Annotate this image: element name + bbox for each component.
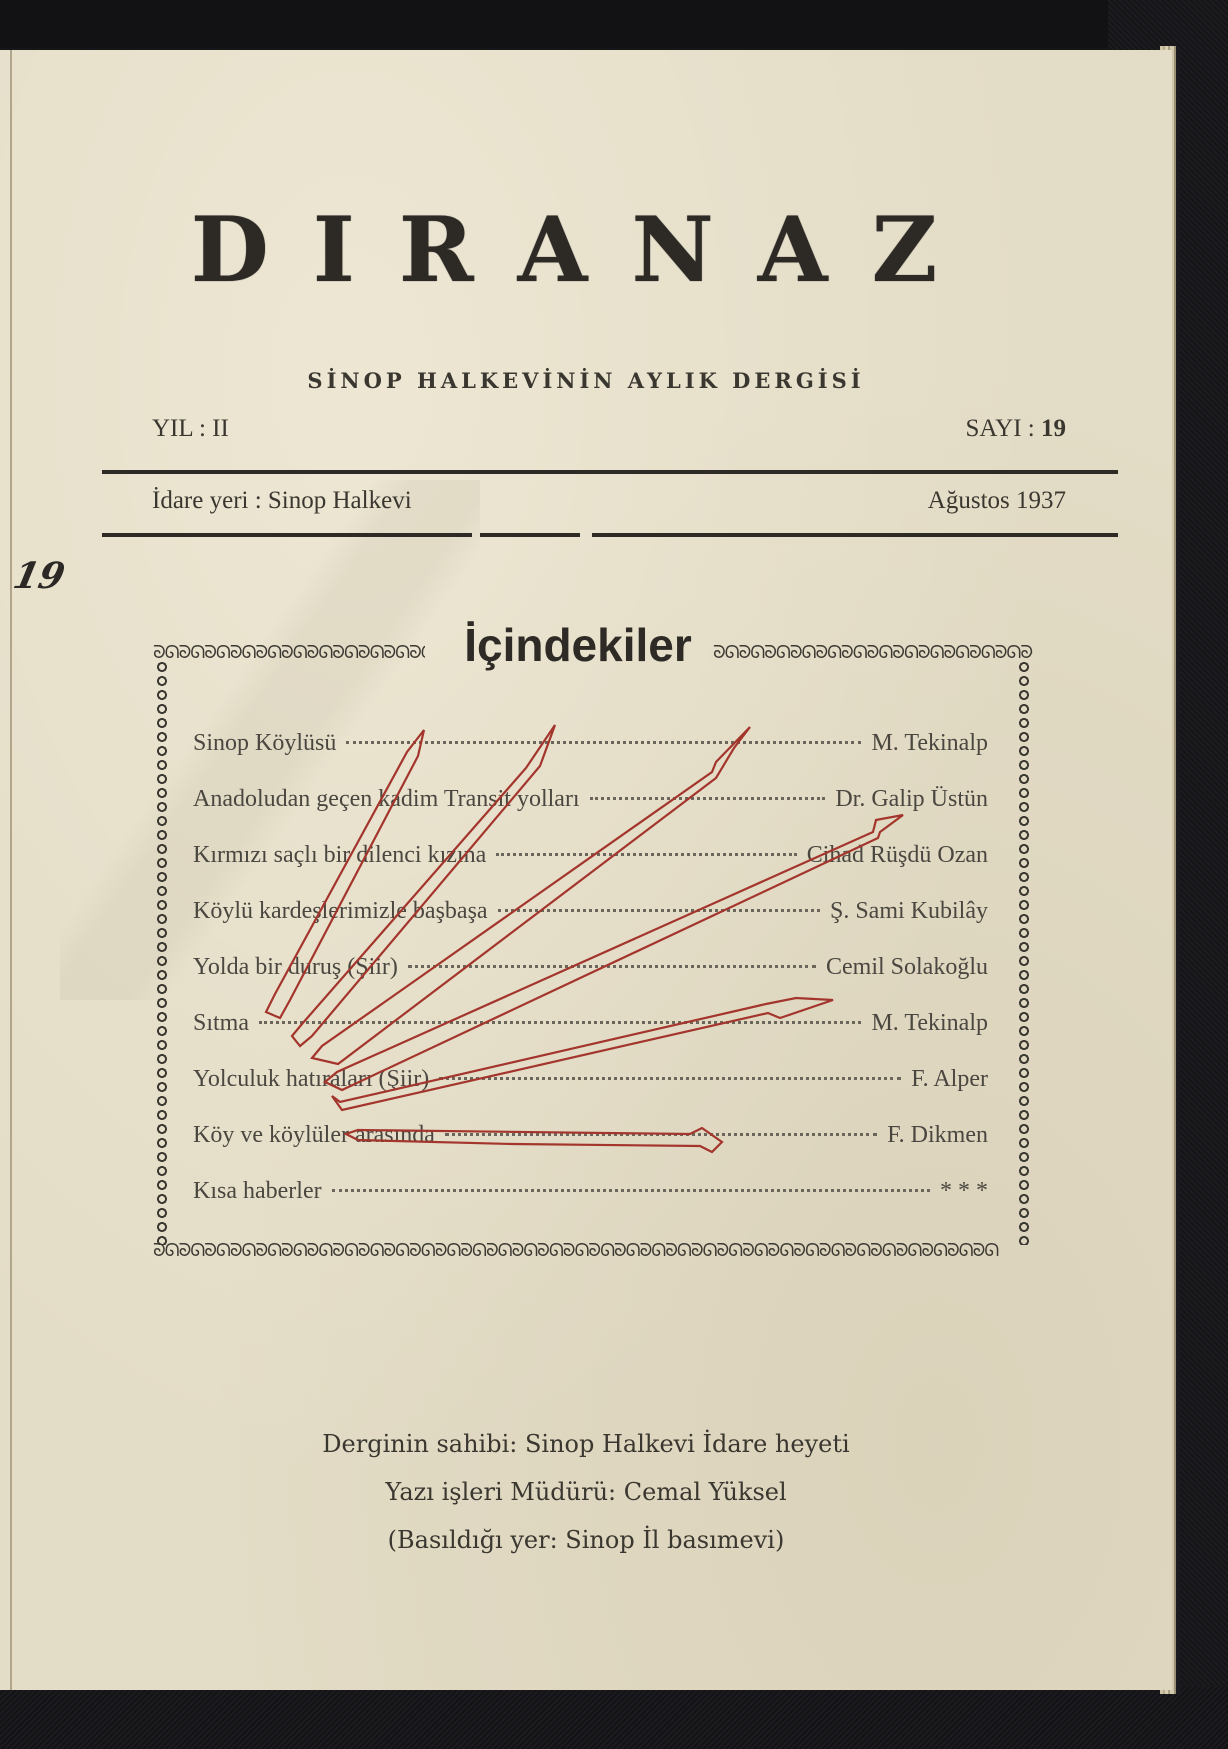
toc-entry-title: Anadoludan geçen kadim Transit yolları [193, 786, 580, 813]
toc-entry-title: Sıtma [193, 1010, 249, 1037]
toc-entry: Köy ve köylüler arasındaF. Dikmen [193, 1122, 988, 1178]
dot-leader [445, 1133, 877, 1136]
issue-number: 19 [1041, 415, 1066, 442]
toc-entry-author: * * * [940, 1178, 988, 1205]
toc-heading: İçindekiler [453, 618, 703, 672]
toc-entry: Yolculuk hatıraları (Şiir)F. Alper [193, 1066, 988, 1122]
issue-label: SAYI : 19 [966, 415, 1067, 443]
ornament-border-bottom: ᘐᘏᘐᘏᘐᘏᘐᘏᘐᘏᘐᘏᘐᘏᘐᘏᘐᘏᘐᘏᘐᘏᘐᘏᘐᘏᘐᘏᘐᘏᘐᘏᘐᘏᘐᘏᘐᘏᘐᘏ… [153, 1242, 1033, 1260]
dot-leader [590, 797, 826, 800]
ornament-border-left [153, 660, 171, 1245]
office-label: İdare yeri : Sinop Halkevi [152, 487, 412, 515]
toc-entry: Kısa haberler* * * [193, 1178, 988, 1234]
bottom-rule-right [592, 533, 1118, 537]
colophon-owner: Derginin sahibi: Sinop Halkevi İdare hey… [0, 1430, 1172, 1458]
dot-leader [332, 1189, 930, 1192]
toc-entry-author: M. Tekinalp [871, 730, 988, 757]
book-binding-top [0, 0, 1228, 48]
toc-entry-title: Yolda bir duruş (Şiir) [193, 954, 398, 981]
toc-entry-author: M. Tekinalp [871, 1010, 988, 1037]
dot-leader [346, 741, 861, 744]
dot-leader [498, 909, 820, 912]
ornament-border-top-left: ᘐᘏᘐᘏᘐᘏᘐᘏᘐᘏᘐᘏᘐᘏᘐᘏᘐᘏᘐᘏᘐᘏᘐᘏᘐᘏᘐᘏᘐᘏᘐᘏᘐᘏᘐᘏᘐᘏᘐᘏ… [153, 644, 425, 662]
toc-entry: Sinop KöylüsüM. Tekinalp [193, 730, 988, 786]
toc-entry-author: Ş. Sami Kubilây [830, 898, 988, 925]
toc-entry: SıtmaM. Tekinalp [193, 1010, 988, 1066]
toc-entry-title: Kırmızı saçlı bir dilenci kızına [193, 842, 486, 869]
dot-leader [408, 965, 816, 968]
office-row: İdare yeri : Sinop Halkevi Ağustos 1937 [152, 487, 1066, 515]
toc-entry-author: F. Dikmen [887, 1122, 988, 1149]
magazine-cover-page: 19 DIRANAZ SİNOP HALKEVİNİN AYLIK DERGİS… [0, 50, 1172, 1690]
book-binding-bottom [0, 1687, 1228, 1749]
toc-entry: Kırmızı saçlı bir dilenci kızınaCihad Rü… [193, 842, 988, 898]
magazine-subtitle: SİNOP HALKEVİNİN AYLIK DERGİSİ [0, 368, 1172, 393]
year-label: YIL : II [152, 415, 229, 443]
issue-date: Ağustos 1937 [928, 487, 1066, 515]
bottom-rule-mid [480, 533, 580, 537]
bottom-rule-left [102, 533, 472, 537]
colophon-editor: Yazı işleri Müdürü: Cemal Yüksel [0, 1478, 1172, 1506]
dot-leader [439, 1077, 901, 1080]
toc-entry: Yolda bir duruş (Şiir)Cemil Solakoğlu [193, 954, 988, 1010]
dot-leader [496, 853, 796, 856]
toc-entry-title: Sinop Köylüsü [193, 730, 336, 757]
ornament-border-right [1015, 660, 1033, 1245]
table-of-contents: ᘐᘏᘐᘏᘐᘏᘐᘏᘐᘏᘐᘏᘐᘏᘐᘏᘐᘏᘐᘏᘐᘏᘐᘏᘐᘏᘐᘏᘐᘏᘐᘏᘐᘏᘐᘏᘐᘏᘐᘏ… [153, 630, 1033, 1260]
toc-entry-author: Cihad Rüşdü Ozan [807, 842, 988, 869]
colophon-printer: (Basıldığı yer: Sinop İl basımevi) [0, 1526, 1172, 1554]
top-rule [102, 470, 1118, 474]
handwritten-issue-number: 19 [10, 555, 69, 597]
toc-entry-title: Köylü kardeşlerimizle başbaşa [193, 898, 488, 925]
volume-row: YIL : II SAYI : 19 [152, 415, 1066, 443]
issue-prefix: SAYI : [966, 415, 1042, 442]
toc-entry-title: Yolculuk hatıraları (Şiir) [193, 1066, 429, 1093]
toc-entry-author: Cemil Solakoğlu [826, 954, 988, 981]
dot-leader [259, 1021, 861, 1024]
toc-entry-title: Köy ve köylüler arasında [193, 1122, 435, 1149]
masthead: DIRANAZ [0, 205, 1172, 295]
toc-entry-title: Kısa haberler [193, 1178, 322, 1205]
toc-entry-author: Dr. Galip Üstün [835, 786, 988, 813]
toc-entry: Köylü kardeşlerimizle başbaşaŞ. Sami Kub… [193, 898, 988, 954]
toc-entry: Anadoludan geçen kadim Transit yollarıDr… [193, 786, 988, 842]
toc-entry-author: F. Alper [911, 1066, 988, 1093]
magazine-title: DIRANAZ [191, 205, 982, 295]
ornament-border-top-right: ᘐᘏᘐᘏᘐᘏᘐᘏᘐᘏᘐᘏᘐᘏᘐᘏᘐᘏᘐᘏᘐᘏᘐᘏᘐᘏᘐᘏᘐᘏᘐᘏᘐᘏᘐᘏᘐᘏᘐᘏ… [713, 644, 1033, 662]
toc-list: Sinop KöylüsüM. Tekinalp Anadoludan geçe… [193, 730, 988, 1234]
